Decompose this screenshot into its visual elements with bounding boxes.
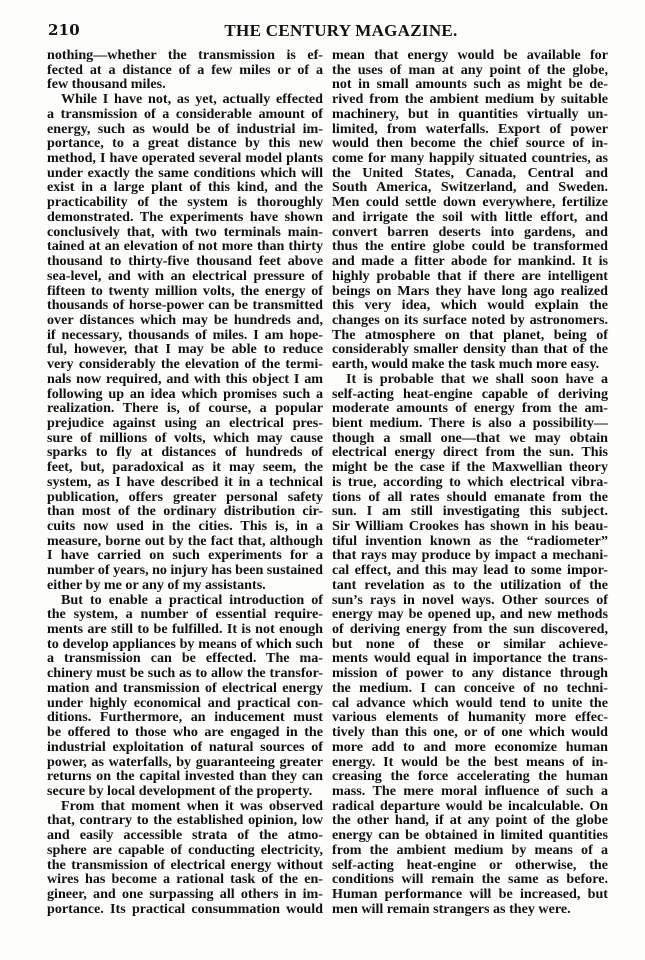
- text-line: not in small amounts such as might be de…: [332, 77, 608, 92]
- text-line: method, I have operated several model pl…: [47, 151, 323, 166]
- text-line: It is probable that we shall soon have a: [332, 372, 608, 387]
- text-line: mean that energy would be available for: [332, 48, 608, 63]
- text-line: the United States, Canada, Central and: [332, 166, 608, 181]
- text-line: conditions will remain the same as befor…: [332, 872, 608, 887]
- text-line: highly probable that if there are intell…: [332, 269, 608, 284]
- text-line: that rays may produce by impact a mechan…: [332, 548, 608, 563]
- text-line: cuits now used in the cities. This is, i…: [47, 519, 323, 534]
- text-line: rived from the ambient medium by suitabl…: [332, 92, 608, 107]
- text-line: tions of all rates should emanate from t…: [332, 490, 608, 505]
- text-line: nothing—whether the transmission is ef-: [47, 48, 323, 63]
- text-line: self-acting heat-engine capable of deriv…: [332, 387, 608, 402]
- text-line: Human performance will be increased, but: [332, 887, 608, 902]
- text-line: nals now required, and with this object …: [47, 372, 323, 387]
- text-line: cal advance which would tend to unite th…: [332, 696, 608, 711]
- text-line: more add to and more economize human: [332, 740, 608, 755]
- text-line: but none of these or similar achieve-: [332, 637, 608, 652]
- text-line: fifteen to twenty million volts, the ene…: [47, 284, 323, 299]
- text-line: number of years, no injury has been sust…: [47, 563, 323, 578]
- text-line: the other hand, if at any point of the g…: [332, 813, 608, 828]
- text-line: the transmission of electrical energy wi…: [47, 858, 323, 873]
- text-line: thousands of horse-power can be transmit…: [47, 298, 323, 313]
- text-line: ful, however, that I may be able to redu…: [47, 342, 323, 357]
- text-line: energy. It would be the best means of in…: [332, 755, 608, 770]
- text-line: tiful invention known as the “radiometer…: [332, 534, 608, 549]
- running-head: 210 THE CENTURY MAGAZINE.: [48, 21, 608, 39]
- text-line: mission of power to any distance through: [332, 666, 608, 681]
- text-line: bient medium. There is also a possibilit…: [332, 416, 608, 431]
- text-line: realization. There is, of course, a popu…: [47, 401, 323, 416]
- text-line: portance. Its practical consummation wou…: [47, 902, 323, 917]
- text-line: Men could settle down everywhere, fertil…: [332, 195, 608, 210]
- text-line: chinery must be such as to allow the tra…: [47, 666, 323, 681]
- text-line: considerably smaller density than that o…: [332, 342, 608, 357]
- left-column: nothing—whether the transmission is ef-f…: [47, 48, 323, 916]
- magazine-title: THE CENTURY MAGAZINE.: [48, 21, 608, 41]
- text-line: tively than this one, or of one which wo…: [332, 725, 608, 740]
- text-line: limited, from waterfalls. Export of powe…: [332, 122, 608, 137]
- text-line: few thousand miles.: [47, 77, 323, 92]
- text-line: sun’s rays in novel ways. Other sources …: [332, 593, 608, 608]
- text-line: energy may be opened up, and new methods: [332, 607, 608, 622]
- text-line: creasing the force accelerating the huma…: [332, 769, 608, 784]
- text-line: ditions. Furthermore, an inducement must: [47, 710, 323, 725]
- text-line: either by me or any of my assistants.: [47, 578, 323, 593]
- text-line: machinery, but in quantities virtually u…: [332, 107, 608, 122]
- text-line: measure, borne out by the fact that, alt…: [47, 534, 323, 549]
- text-line: mass. The mere moral influence of such a: [332, 784, 608, 799]
- text-line: thousand to thirty-five thousand feet ab…: [47, 254, 323, 269]
- text-line: under highly economical and practical co…: [47, 696, 323, 711]
- text-line: tant revelation as to the utilization of…: [332, 578, 608, 593]
- text-line: a transmission can be effected. The ma-: [47, 651, 323, 666]
- right-column: mean that energy would be available fort…: [332, 48, 608, 916]
- text-line: The atmosphere on that planet, being of: [332, 328, 608, 343]
- text-line: be offered to those who are engaged in t…: [47, 725, 323, 740]
- text-line: is true, according to which electrical v…: [332, 475, 608, 490]
- text-line: energy can be obtained in limited quanti…: [332, 828, 608, 843]
- text-line: sure of millions of volts, which may cau…: [47, 431, 323, 446]
- text-line: feet, but, paradoxical as it may seem, t…: [47, 460, 323, 475]
- text-line: practicability of the system is thorough…: [47, 195, 323, 210]
- magazine-page: 210 THE CENTURY MAGAZINE. nothing—whethe…: [0, 0, 645, 960]
- text-line: the uses of man at any point of the glob…: [332, 63, 608, 78]
- text-line: fected at a distance of a few miles or o…: [47, 63, 323, 78]
- text-line: and made a fitter abode for mankind. It …: [332, 254, 608, 269]
- text-line: system, as I have described it in a tech…: [47, 475, 323, 490]
- text-line: energy, such as would be of industrial i…: [47, 122, 323, 137]
- text-line: earth, would make the task much more eas…: [332, 357, 608, 372]
- text-line: under exactly the same conditions which …: [47, 166, 323, 181]
- text-line: the system, a number of essential requir…: [47, 607, 323, 622]
- text-line: sphere are capable of conducting electri…: [47, 843, 323, 858]
- text-line: moderate amounts of energy from the am-: [332, 401, 608, 416]
- text-line: From that moment when it was observed: [47, 799, 323, 814]
- text-line: I have carried on such experiments for a: [47, 548, 323, 563]
- text-line: radical departure would be incalculable.…: [332, 799, 608, 814]
- text-line: changes on its surface noted by astronom…: [332, 313, 608, 328]
- text-line: sea-level, and with an electrical pressu…: [47, 269, 323, 284]
- text-line: though a small one—that we may obtain: [332, 431, 608, 446]
- text-line: gineer, and one surpassing all others in…: [47, 887, 323, 902]
- text-line: demonstrated. The experiments have shown: [47, 210, 323, 225]
- text-line: ments are still to be fulfilled. It is n…: [47, 622, 323, 637]
- text-line: But to enable a practical introduction o…: [47, 593, 323, 608]
- text-line: mation and transmission of electrical en…: [47, 681, 323, 696]
- text-line: wires has become a rational task of the …: [47, 872, 323, 887]
- text-line: convert barren deserts into gardens, and: [332, 225, 608, 240]
- text-line: this very idea, which would explain the: [332, 298, 608, 313]
- text-line: South America, Switzerland, and Sweden.: [332, 180, 608, 195]
- text-line: ments would equal in importance the tran…: [332, 651, 608, 666]
- text-line: power, as waterfalls, by guaranteeing gr…: [47, 755, 323, 770]
- text-line: of deriving energy from the sun discover…: [332, 622, 608, 637]
- text-line: and easily accessible strata of the atmo…: [47, 828, 323, 843]
- text-line: to develop appliances by means of which …: [47, 637, 323, 652]
- text-line: thus the entire globe could be transform…: [332, 239, 608, 254]
- text-line: publication, offers greater personal saf…: [47, 490, 323, 505]
- text-line: very considerably the elevation of the t…: [47, 357, 323, 372]
- text-line: men will remain strangers as they were.: [332, 902, 608, 917]
- text-line: a transmission of a considerable amount …: [47, 107, 323, 122]
- text-line: that, contrary to the established opinio…: [47, 813, 323, 828]
- text-line: tained at an elevation of not more than …: [47, 239, 323, 254]
- text-line: conclusively that, with two terminals ma…: [47, 225, 323, 240]
- text-line: various elements of humanity more effec-: [332, 710, 608, 725]
- text-line: might be the case if the Maxwellian theo…: [332, 460, 608, 475]
- text-line: from the ambient medium by means of a: [332, 843, 608, 858]
- text-line: cal effect, and this may lead to some im…: [332, 563, 608, 578]
- text-line: portance, to a great distance by this ne…: [47, 136, 323, 151]
- text-line: the medium. I can conceive of no techni-: [332, 681, 608, 696]
- text-line: industrial exploitation of natural sourc…: [47, 740, 323, 755]
- text-line: returns on the capital invested than the…: [47, 769, 323, 784]
- text-line: beings on Mars they have long ago realiz…: [332, 284, 608, 299]
- text-line: come for many happily situated countries…: [332, 151, 608, 166]
- text-line: sun. I am still investigating this subje…: [332, 504, 608, 519]
- text-line: secure by local development of the prope…: [47, 784, 323, 799]
- text-line: over distances which may be hundreds and…: [47, 313, 323, 328]
- text-line: exist in a large plant of this kind, and…: [47, 180, 323, 195]
- text-line: Sir William Crookes has shown in his bea…: [332, 519, 608, 534]
- text-line: While I have not, as yet, actually effec…: [47, 92, 323, 107]
- text-line: self-acting heat-engine or otherwise, th…: [332, 858, 608, 873]
- text-line: following up an idea which promises such…: [47, 387, 323, 402]
- text-line: than most of the ordinary distribution c…: [47, 504, 323, 519]
- text-line: if necessary, thousands of miles. I am h…: [47, 328, 323, 343]
- text-line: would then become the chief source of in…: [332, 136, 608, 151]
- text-line: prejudice against using an electrical pr…: [47, 416, 323, 431]
- text-line: and irrigate the soil with little effort…: [332, 210, 608, 225]
- text-line: electrical energy direct from the sun. T…: [332, 445, 608, 460]
- text-line: sparks to fly at distances of hundreds o…: [47, 445, 323, 460]
